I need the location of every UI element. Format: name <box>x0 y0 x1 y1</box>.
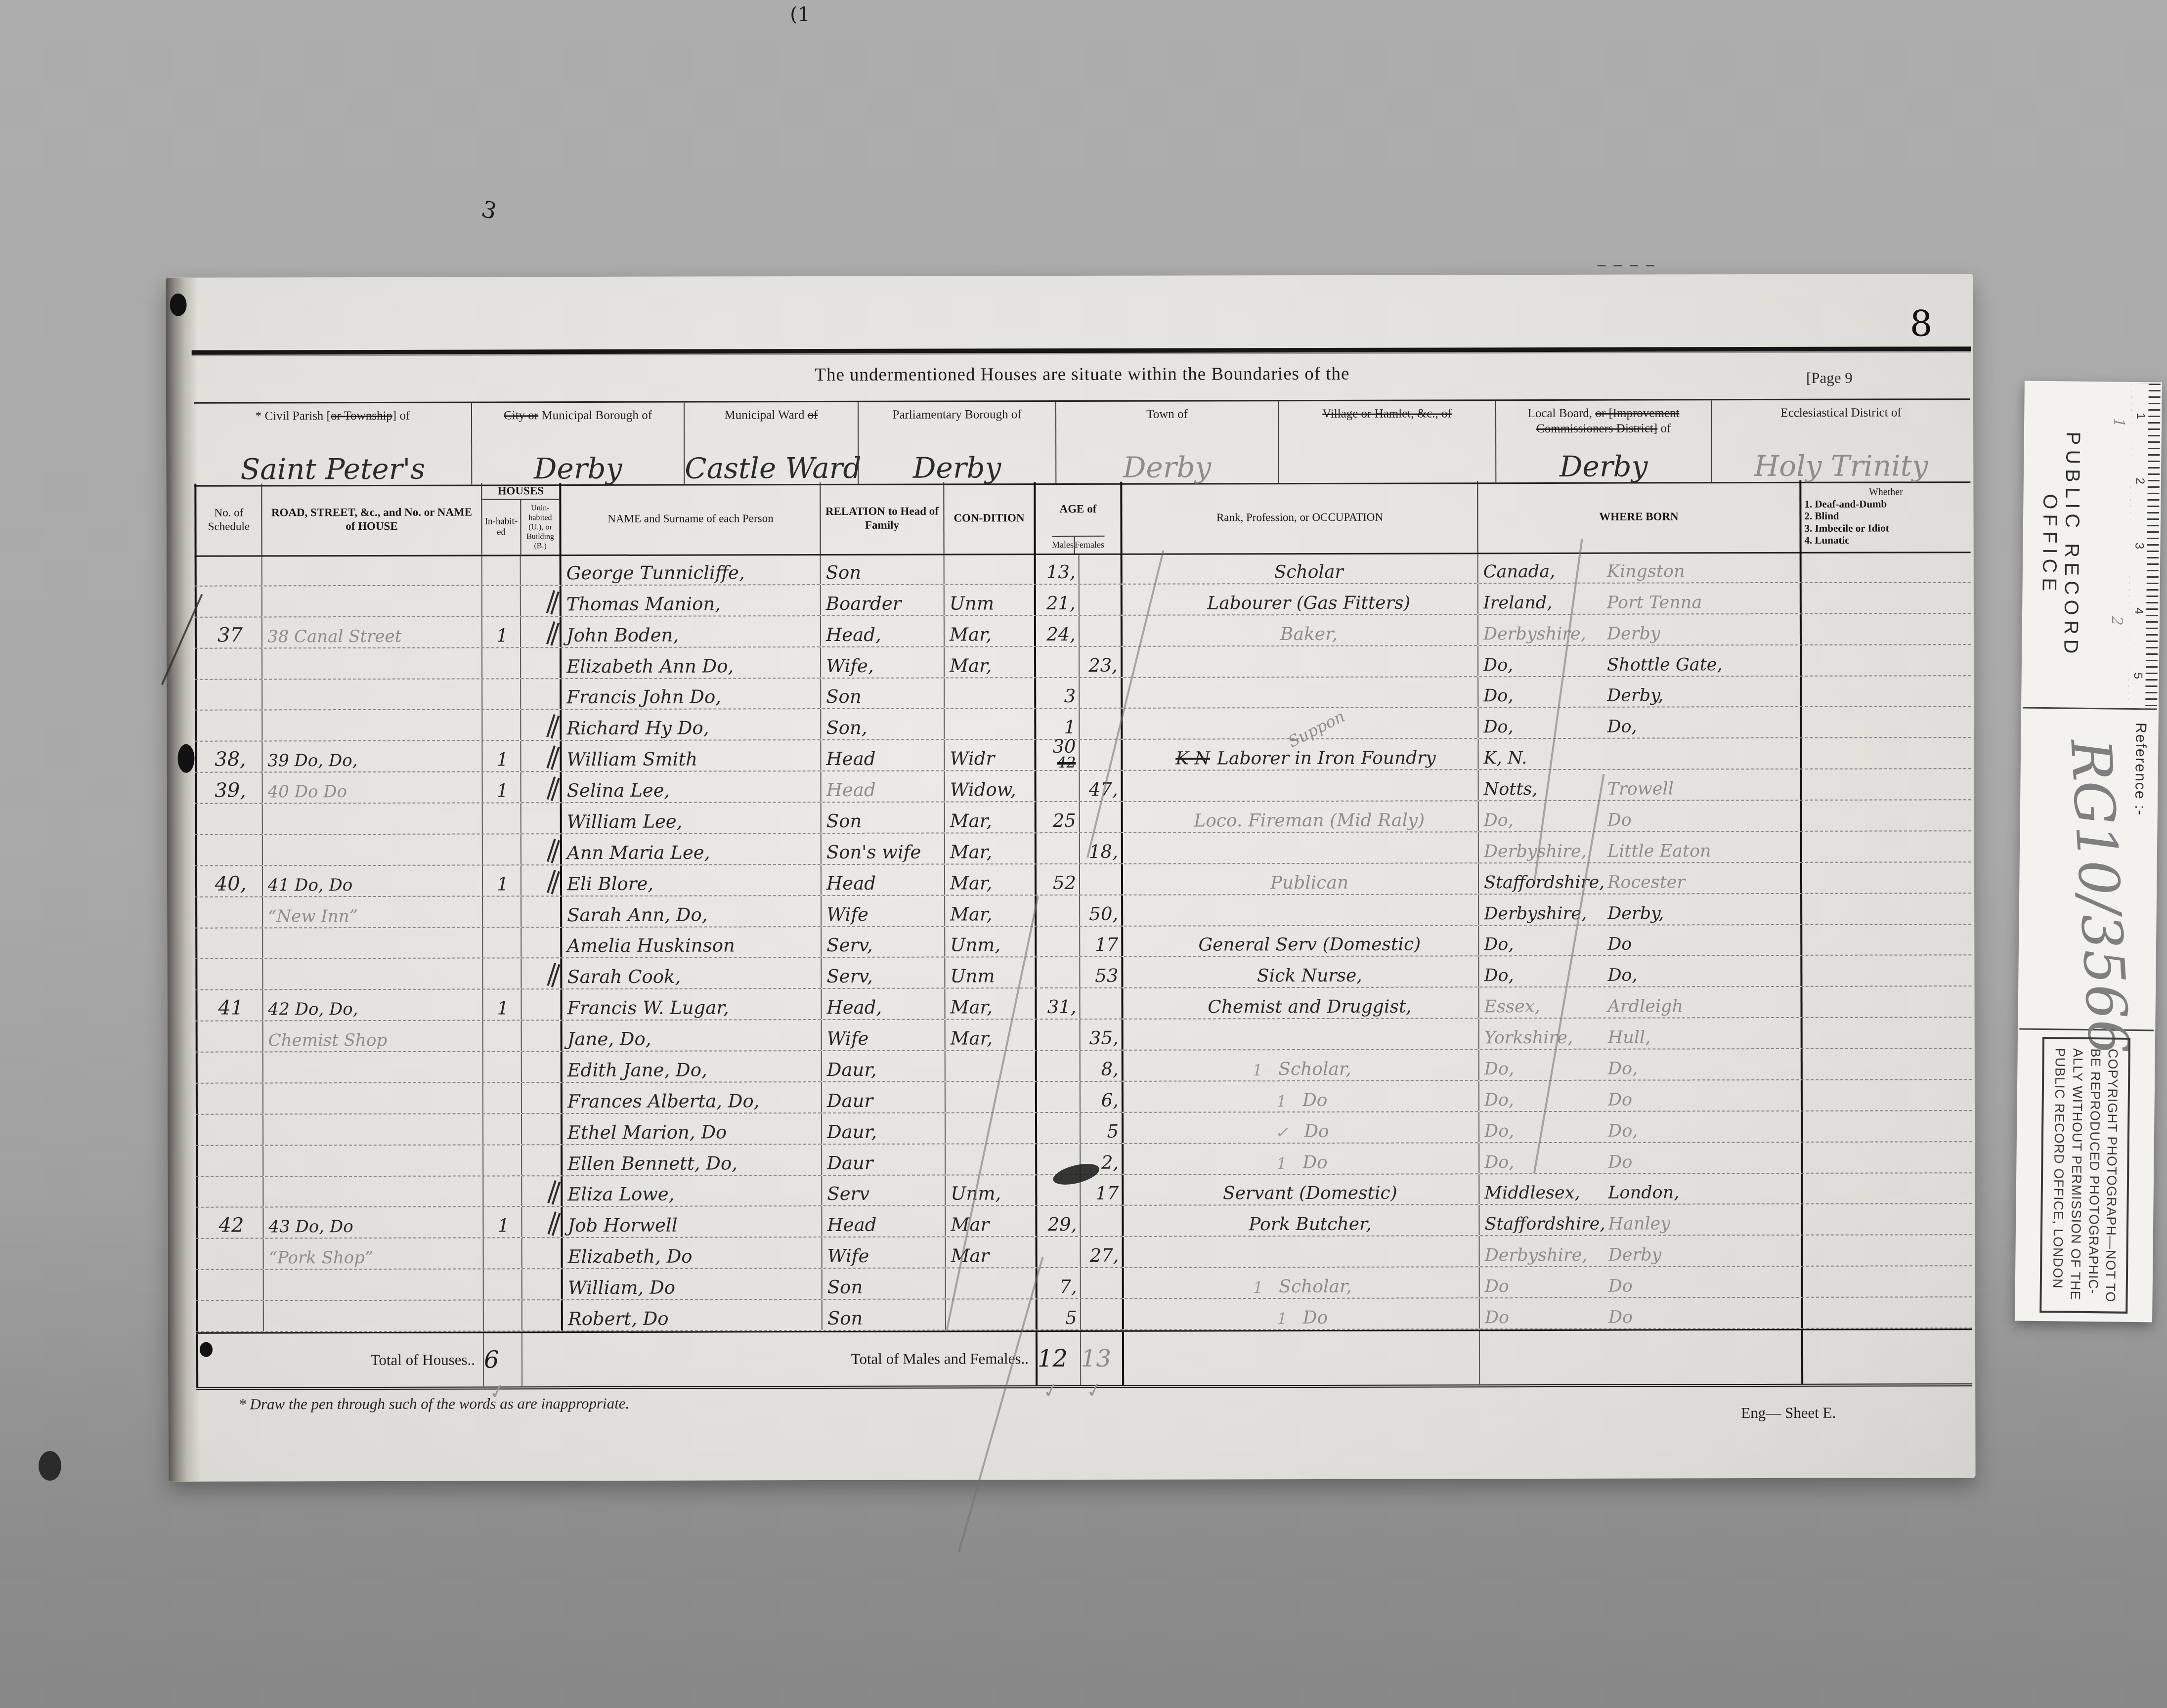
cell-occupation: Scholar <box>1121 553 1477 583</box>
cell-condition: Mar <box>945 1206 1035 1237</box>
cell-inhabited <box>481 679 520 709</box>
cell-disability <box>1801 1235 1972 1266</box>
cell-relation: Wife <box>821 896 944 926</box>
cell-occupation <box>1121 770 1478 801</box>
cell-disability <box>1800 552 1971 582</box>
reference-value: RG10/3566 <box>2058 737 2141 1057</box>
cell-disability <box>1800 894 1971 924</box>
total-females-value: 13✓ <box>1080 1332 1122 1385</box>
cell-address <box>262 1114 482 1145</box>
cell-inhabited <box>482 928 520 958</box>
cell-schedule <box>195 959 262 989</box>
cell-condition <box>945 1082 1035 1112</box>
cell-uninhabited <box>520 989 560 1020</box>
cell-address <box>262 1176 482 1207</box>
cell-age-male: 31, <box>1035 988 1079 1019</box>
table-row: 38, 39 Do, Do, 1 ∥William Smith Head Wid… <box>195 738 1971 772</box>
cell-age-male <box>1034 647 1079 677</box>
pro-office-title: PUBLIC RECORD OFFICE <box>2037 383 2084 708</box>
municipal-ward-cell: Municipal Ward of Castle Ward <box>684 402 858 484</box>
cell-where-born: DoDo <box>1479 1267 1801 1297</box>
cell-age-female <box>1079 864 1121 895</box>
local-board-value: Derby <box>1496 449 1711 483</box>
tally-tick: 1 <box>1253 1278 1263 1297</box>
civil-parish-value: Saint Peter's <box>194 452 471 486</box>
column-header-band: No. of Schedule ROAD, STREET, &c., and N… <box>194 480 1970 557</box>
cell-age-male: 3 <box>1034 678 1079 708</box>
col-road: ROAD, STREET, &c., and No. or NAME of HO… <box>261 483 481 555</box>
ecclesiastical-district-value: Holy Trinity <box>1712 449 1970 483</box>
copyright-stamp: COPYRIGHT PHOTOGRAPH—NOT TO BE REPRODUCE… <box>2039 1037 2130 1313</box>
cell-where-born: Do,Do <box>1478 1080 1801 1111</box>
cell-schedule: 42 <box>196 1208 262 1238</box>
cell-name: ∥Thomas Manion, <box>560 585 820 616</box>
cell-disability <box>1800 925 1971 955</box>
dash-pen-marks: – – – – <box>1597 253 1655 276</box>
cell-where-born: Derbyshire,Derby <box>1479 1236 1801 1266</box>
cell-age-male: 3042 <box>1034 740 1079 770</box>
cell-relation: Daur, <box>821 1113 945 1143</box>
cell-disability <box>1800 583 1971 613</box>
cell-inhabited: 1 <box>481 617 520 647</box>
col-males: Males <box>1052 537 1074 554</box>
cell-disability <box>1801 1173 1972 1204</box>
table-row: Robert, Do Son 5 1Do DoDo <box>196 1297 1972 1332</box>
tally-tick: 1 <box>1277 1309 1287 1328</box>
cell-occupation: 1Do <box>1122 1143 1478 1174</box>
cell-where-born: Do,Do <box>1478 925 1800 955</box>
cell-disability <box>1801 1080 1972 1110</box>
cell-relation: Head, <box>820 616 944 646</box>
cell-uninhabited <box>520 928 560 958</box>
cell-inhabited <box>483 1269 521 1299</box>
cell-name: Amelia Huskinson <box>560 927 821 958</box>
cell-relation: Head, <box>821 989 944 1019</box>
tally-tick: 1 <box>1253 1061 1262 1079</box>
table-row: William Lee, Son Mar, 25 Loco. Fireman (… <box>195 800 1971 835</box>
cell-where-born: Do,Do, <box>1478 956 1800 986</box>
cell-where-born: Yorkshire,Hull, <box>1478 1018 1801 1049</box>
cell-condition: Widow, <box>944 771 1035 801</box>
cell-inhabited: 1 <box>482 1207 521 1238</box>
ink-blob <box>177 744 194 773</box>
cell-schedule: 41 <box>195 990 262 1021</box>
cell-age-female <box>1079 678 1121 708</box>
town-value: Derby <box>1056 450 1278 484</box>
cell-condition: Mar, <box>944 616 1034 646</box>
pro-label-card: 12345 12 PUBLIC RECORD OFFICE Reference … <box>2015 381 2162 1323</box>
municipal-borough-value: Derby <box>472 452 684 486</box>
cell-disability <box>1800 614 1971 644</box>
cell-age-male: 29, <box>1035 1206 1080 1236</box>
col-condition: CON-DITION <box>943 482 1034 554</box>
cell-inhabited <box>483 1238 521 1269</box>
census-rows: George Tunnicliffe, Son 13, Scholar Cana… <box>195 552 1972 1332</box>
cell-age-male: 7, <box>1036 1268 1080 1298</box>
cell-relation: Head <box>821 771 944 802</box>
cell-where-born: Do,Do, <box>1477 707 1800 738</box>
cell-age-female <box>1079 988 1121 1019</box>
cell-address <box>261 586 481 616</box>
cell-uninhabited <box>521 1238 561 1268</box>
cell-age-female: 50, <box>1079 895 1121 925</box>
cell-age-male <box>1035 926 1079 956</box>
civil-parish-cell: * Civil Parish [or Township] of Saint Pe… <box>194 403 471 485</box>
district-header-band: * Civil Parish [or Township] of Saint Pe… <box>194 398 1970 487</box>
cell-schedule <box>195 804 262 834</box>
cell-uninhabited <box>521 1114 561 1144</box>
col-age-label: AGE of <box>1059 482 1096 536</box>
cell-where-born: Do,Do <box>1478 1143 1801 1173</box>
copyright-stamp-section: COPYRIGHT PHOTOGRAPH—NOT TO BE REPRODUCE… <box>2016 1030 2154 1321</box>
cell-name: Elizabeth Ann Do, <box>560 647 820 678</box>
cell-uninhabited <box>521 1269 561 1299</box>
cell-age-female: 6, <box>1080 1082 1122 1112</box>
cell-schedule <box>196 1022 262 1052</box>
table-row: Francis John Do, Son 3 Do,Derby, <box>195 676 1971 711</box>
cell-name: ∥John Boden, <box>560 616 820 647</box>
total-spacer <box>521 1333 561 1386</box>
cell-address <box>261 710 481 741</box>
cell-relation: Wife <box>822 1238 945 1268</box>
cell-occupation: ✓Do <box>1122 1112 1478 1143</box>
table-row: 39, 40 Do Do 1 ∥Selina Lee, Head Widow, … <box>195 769 1971 804</box>
table-row: 42 43 Do, Do 1 ∥Job Horwell Head Mar 29,… <box>196 1204 1972 1239</box>
footnote: * Draw the pen through such of the words… <box>238 1395 629 1413</box>
cell-age-female: 47, <box>1079 771 1121 801</box>
cell-schedule <box>195 897 262 927</box>
cell-address <box>262 959 482 989</box>
cell-age-male: 21, <box>1034 585 1079 615</box>
village-label: Village or Hamlet, &c., of <box>1286 406 1488 422</box>
table-row: Elizabeth Ann Do, Wife, Mar, 23, Do,Shot… <box>195 645 1971 680</box>
table-row: Chemist Shop Jane, Do, Wife Mar, 35, Yor… <box>196 1018 1972 1052</box>
cell-age-male: 25 <box>1035 802 1079 832</box>
total-houses-value: 6✓ <box>483 1333 521 1386</box>
col-name: NAME and Surname of each Person <box>559 482 820 555</box>
cell-uninhabited <box>521 1300 561 1330</box>
cell-name: ∥Selina Lee, <box>560 771 821 802</box>
cell-uninhabited <box>521 1021 561 1051</box>
cell-disability <box>1800 862 1971 893</box>
tally-tick: ✓ <box>1275 1123 1288 1142</box>
cell-inhabited <box>481 586 520 616</box>
cell-schedule <box>195 711 261 741</box>
cell-schedule <box>195 555 261 585</box>
cell-where-born: Notts,Trowell <box>1478 769 1800 800</box>
cell-address <box>261 648 481 679</box>
page-corner-number: 8 <box>1910 302 1933 344</box>
cell-age-female <box>1079 616 1121 646</box>
cell-relation: Son's wife <box>821 833 944 863</box>
cell-relation: Son <box>820 554 944 584</box>
census-scan-scene: (1 3 – – – – 8 The undermentioned Houses… <box>0 0 2167 1708</box>
cell-condition: Unm <box>944 585 1034 615</box>
cell-age-male: 1 <box>1034 709 1079 739</box>
ecclesiastical-district-cell: Ecclesiastical District of Holy Trinity <box>1711 400 1970 482</box>
cell-occupation: Pork Butcher, <box>1122 1205 1478 1236</box>
cell-name: ∥Job Horwell <box>561 1206 821 1237</box>
parliamentary-borough-label: Parliamentary Borough of <box>866 407 1048 423</box>
cell-disability <box>1801 1297 1972 1328</box>
cell-age-female <box>1079 709 1121 739</box>
table-row: Amelia Huskinson Serv, Unm, 17 General S… <box>195 925 1971 959</box>
cell-disability <box>1800 831 1971 862</box>
cell-age-female <box>1080 1206 1122 1236</box>
census-sheet: 8 The undermentioned Houses are situate … <box>166 274 1975 1482</box>
cell-where-born: Middlesex,London, <box>1478 1173 1801 1204</box>
cell-where-born: Staffordshire,Hanley <box>1478 1204 1801 1235</box>
cell-address: 43 Do, Do <box>262 1207 482 1238</box>
cell-name: Frances Alberta, Do, <box>561 1082 821 1113</box>
cell-occupation: Publican <box>1121 863 1478 894</box>
civil-parish-label: * Civil Parish [or Township] of <box>201 408 464 424</box>
cell-condition <box>944 678 1034 708</box>
col-occupation: Rank, Profession, or OCCUPATION <box>1120 481 1477 554</box>
cell-disability <box>1800 676 1971 707</box>
cell-schedule <box>195 680 261 710</box>
cell-inhabited <box>482 1145 521 1175</box>
cell-condition <box>944 709 1034 739</box>
cell-inhabited <box>482 1083 521 1113</box>
cell-relation: Wife <box>821 1020 945 1050</box>
ink-blob <box>39 1451 61 1481</box>
cell-schedule <box>196 1270 263 1300</box>
cell-age-female: 35, <box>1080 1020 1122 1050</box>
cell-disability <box>1800 986 1971 1017</box>
cell-inhabited <box>482 1052 521 1082</box>
cell-address: “Pork Shop” <box>263 1238 483 1269</box>
top-pen-mark: (1 <box>790 3 810 26</box>
cell-relation: Head <box>821 1206 945 1237</box>
cell-inhabited: 1 <box>482 772 520 802</box>
col-schedule: No. of Schedule <box>194 483 261 555</box>
cell-age-female: 23, <box>1079 646 1121 677</box>
cell-occupation <box>1121 895 1478 925</box>
cell-disability <box>1801 1266 1972 1297</box>
cell-schedule <box>195 586 261 616</box>
cell-schedule <box>196 1239 263 1269</box>
cell-occupation: Baker, <box>1121 615 1477 645</box>
table-row: Frances Alberta, Do, Daur 6, 1Do Do,Do <box>196 1080 1972 1114</box>
total-born-empty <box>1479 1330 1801 1384</box>
pencil-ruler-numbers: 12 <box>2108 418 2127 625</box>
cell-schedule <box>195 928 262 958</box>
cell-where-born: Essex,Ardleigh <box>1478 987 1800 1018</box>
cell-where-born: Derbyshire,Derby, <box>1478 894 1800 925</box>
cell-name: Francis John Do, <box>560 679 820 709</box>
cell-occupation <box>1122 1019 1478 1049</box>
cell-condition <box>945 1051 1035 1081</box>
cell-address: 42 Do, Do, <box>262 990 482 1021</box>
cell-age-male <box>1035 1113 1080 1143</box>
cell-disability <box>1800 956 1971 986</box>
cell-name: Jane, Do, <box>561 1020 821 1051</box>
cell-disability <box>1801 1111 1972 1142</box>
municipal-ward-label: Municipal Ward of <box>692 407 851 423</box>
cell-age-male <box>1035 771 1079 801</box>
cell-age-male: 52 <box>1035 864 1079 895</box>
cell-name: George Tunnicliffe, <box>560 554 820 585</box>
town-cell: Town of Derby <box>1055 401 1278 483</box>
cell-address: “New Inn” <box>262 897 482 927</box>
table-row: ∥Thomas Manion, Boarder Unm 21, Labourer… <box>195 583 1971 617</box>
cell-address: Chemist Shop <box>262 1021 482 1052</box>
total-houses-label: Total of Houses.. <box>196 1333 483 1387</box>
cell-inhabited <box>481 648 520 678</box>
cell-disability <box>1800 800 1971 831</box>
cell-condition: Mar, <box>944 647 1034 677</box>
cell-inhabited <box>482 897 520 927</box>
cell-occupation: General Serv (Domestic) <box>1121 926 1478 956</box>
cell-age-male <box>1035 896 1079 926</box>
left-pen-mark: 3 <box>479 195 499 224</box>
cell-occupation: 1Scholar, <box>1122 1267 1479 1298</box>
cell-condition: Mar, <box>944 864 1035 895</box>
cell-schedule: 38, <box>195 742 261 772</box>
cell-schedule <box>196 1052 262 1082</box>
cell-schedule: 39, <box>195 773 262 803</box>
cell-schedule <box>196 1083 262 1113</box>
cell-occupation: Chemist and Druggist, <box>1121 988 1478 1019</box>
cell-age-female: 17 <box>1079 926 1121 956</box>
pro-reference-section: Reference :- RG10/3566 <box>2019 709 2157 1031</box>
cell-age-female <box>1080 1299 1122 1329</box>
cell-age-male: 24, <box>1034 616 1079 646</box>
cell-age-male <box>1035 1051 1080 1081</box>
cell-name: Elizabeth, Do <box>561 1238 822 1268</box>
cell-schedule <box>196 1146 262 1176</box>
col-uninhabited: Unin-habited (U.), or Building (B.) <box>520 500 559 555</box>
cell-name: ∥Richard Hy Do, <box>560 709 820 740</box>
cell-disability <box>1800 769 1971 800</box>
cell-condition: Mar <box>945 1237 1036 1267</box>
cell-condition: Mar, <box>944 802 1035 832</box>
col-age: AGE of Males Females <box>1034 482 1120 554</box>
cell-inhabited <box>483 1300 521 1330</box>
sheet-title: The undermentioned Houses are situate wi… <box>194 362 1970 387</box>
table-row: ∥Ann Maria Lee, Son's wife Mar, 18, Derb… <box>195 831 1971 866</box>
cell-disability <box>1801 1018 1972 1048</box>
cell-where-born: Derbyshire,Little Eaton <box>1478 832 1800 862</box>
cell-schedule <box>195 648 261 679</box>
cell-age-female <box>1079 554 1121 584</box>
cell-address: 39 Do, Do, <box>261 741 481 772</box>
cell-address <box>262 1083 482 1113</box>
cell-address <box>262 803 482 834</box>
cell-occupation: Labourer (Gas Fitters) <box>1121 584 1477 614</box>
local-board-cell: Local Board, or [Improvement Commissione… <box>1495 400 1711 482</box>
ink-blob <box>170 294 187 316</box>
table-row: 37 38 Canal Street 1 ∥John Boden, Head, … <box>195 614 1971 648</box>
cell-occupation <box>1121 646 1477 677</box>
cell-relation: Son <box>820 678 944 708</box>
cell-age-female <box>1080 1268 1122 1298</box>
cell-address: 40 Do Do <box>262 772 482 803</box>
cell-disability <box>1801 1049 1972 1079</box>
table-row: “New Inn” Sarah Ann, Do, Wife Mar, 50, D… <box>195 894 1971 928</box>
cell-occupation: 1Do <box>1122 1298 1479 1329</box>
cell-relation: Son <box>822 1300 945 1330</box>
cell-uninhabited <box>520 555 560 585</box>
municipal-borough-label: City or Municipal Borough of <box>479 408 677 424</box>
cell-age-female: 8, <box>1080 1051 1122 1081</box>
table-row: Ethel Marion, Do Daur, 5 ✓Do Do,Do, <box>196 1111 1972 1146</box>
cell-condition: Mar, <box>944 833 1035 863</box>
cell-relation: Son <box>821 803 944 833</box>
table-row: ∥Sarah Cook, Serv, Unm 53 Sick Nurse, Do… <box>195 956 1971 990</box>
cell-age-female <box>1079 585 1121 615</box>
cell-name: Sarah Ann, Do, <box>560 896 821 927</box>
total-occ-empty <box>1122 1331 1479 1385</box>
cell-age-male <box>1035 957 1079 987</box>
cell-where-born: Ireland,Port Tenna <box>1477 583 1800 614</box>
col-inhabited: In-habit-ed <box>482 500 520 555</box>
cell-name: ∥William Smith <box>560 740 820 771</box>
cell-inhabited <box>482 1021 521 1051</box>
cell-uninhabited <box>521 1083 561 1113</box>
cell-where-born: Do,Do <box>1478 801 1800 831</box>
cell-age-male <box>1035 1020 1080 1050</box>
cell-disability <box>1800 707 1971 738</box>
table-row: “Pork Shop” Elizabeth, Do Wife Mar 27, D… <box>196 1235 1972 1270</box>
cell-where-born: Do,Shottle Gate, <box>1477 645 1800 676</box>
cell-condition <box>944 554 1034 584</box>
cell-inhabited <box>482 834 520 864</box>
cell-schedule <box>196 1177 262 1207</box>
cell-inhabited: 1 <box>482 865 520 896</box>
cell-disability <box>1800 738 1971 769</box>
cell-schedule <box>195 835 262 865</box>
cell-address <box>262 1145 482 1176</box>
cell-inhabited <box>481 555 520 585</box>
cell-name: William, Do <box>561 1269 822 1299</box>
cell-name: ∥Eli Blore, <box>560 865 821 896</box>
ecclesiastical-district-label: Ecclesiastical District of <box>1719 405 1963 421</box>
table-row: George Tunnicliffe, Son 13, Scholar Cana… <box>195 552 1971 586</box>
cell-condition: Mar, <box>944 988 1035 1019</box>
cell-schedule <box>196 1301 263 1331</box>
cell-where-born: Do,Do, <box>1478 1049 1801 1080</box>
cell-where-born: Canada,Kingston <box>1477 552 1800 583</box>
table-row: ∥Richard Hy Do, Son, 1 Do,Do, <box>195 707 1971 742</box>
cell-occupation <box>1121 832 1478 863</box>
cell-schedule <box>196 1114 262 1145</box>
cell-where-born: Do,Derby, <box>1477 676 1800 707</box>
total-mf-label: Total of Males and Females.. <box>561 1332 1036 1386</box>
parliamentary-borough-value: Derby <box>859 451 1055 485</box>
cell-relation: Boarder <box>820 585 944 615</box>
cell-age-female: 53 <box>1079 957 1121 987</box>
cell-disability <box>1800 645 1971 676</box>
cell-relation: Daur <box>821 1082 945 1112</box>
cell-address <box>261 679 481 710</box>
cell-relation: Serv <box>821 1175 945 1205</box>
cell-inhabited <box>481 710 520 740</box>
cell-inhabited: 1 <box>481 741 520 771</box>
table-row: 40, 41 Do, Do 1 ∥Eli Blore, Head Mar, 52… <box>195 862 1971 897</box>
pro-label-rotated-content: 12345 12 PUBLIC RECORD OFFICE Reference … <box>2016 383 2161 1321</box>
top-rule <box>192 346 1971 355</box>
cell-relation: Head <box>821 864 944 895</box>
cell-name: William Lee, <box>560 803 821 833</box>
cell-address <box>262 1052 482 1082</box>
cell-condition: Widr <box>944 740 1034 770</box>
cell-condition: Unm, <box>945 1175 1035 1205</box>
cell-age-female: 27, <box>1080 1237 1122 1267</box>
cell-address: 38 Canal Street <box>261 617 481 647</box>
cell-where-born: Do,Do, <box>1478 1111 1801 1142</box>
